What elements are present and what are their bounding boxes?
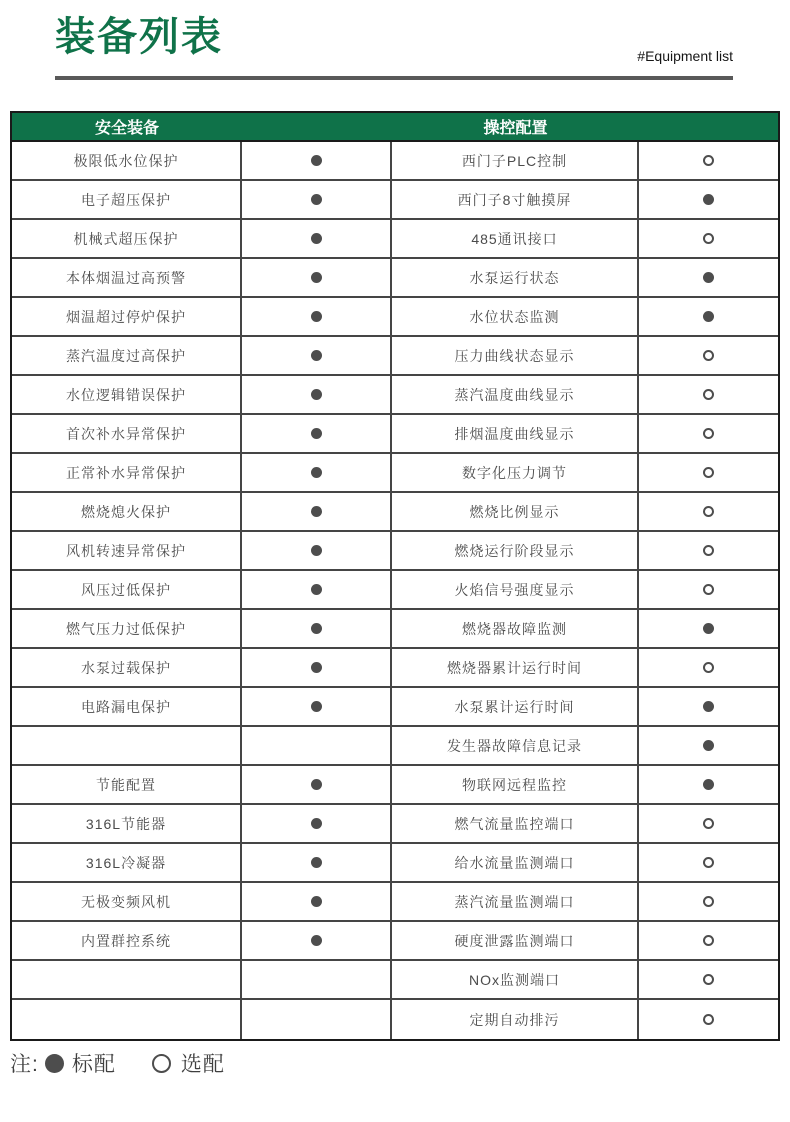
safety-item-marker	[242, 298, 392, 337]
control-item-marker	[639, 454, 778, 493]
control-item-marker	[639, 376, 778, 415]
safety-item-label: 电子超压保护	[12, 181, 242, 220]
safety-item-marker	[242, 1000, 392, 1039]
legend-prefix: 注:	[10, 1048, 39, 1078]
safety-item-marker	[242, 766, 392, 805]
header-spacer-1	[242, 113, 392, 140]
optional-hollow-dot-icon	[703, 350, 714, 361]
standard-filled-dot-icon	[311, 818, 322, 829]
table-row: 烟温超过停炉保护 水位状态监测	[12, 298, 778, 337]
table-row: 本体烟温过高预警 水泵运行状态	[12, 259, 778, 298]
table-row: 机械式超压保护 485通讯接口	[12, 220, 778, 259]
safety-item-marker	[242, 454, 392, 493]
table-row: 电子超压保护 西门子8寸触摸屏	[12, 181, 778, 220]
column-header-control: 操控配置	[392, 113, 639, 140]
control-item-marker	[639, 922, 778, 961]
optional-hollow-dot-icon	[703, 662, 714, 673]
safety-item-marker	[242, 259, 392, 298]
table-row: 316L冷凝器 给水流量监测端口	[12, 844, 778, 883]
control-item-marker	[639, 415, 778, 454]
table-row: 极限低水位保护 西门子PLC控制	[12, 142, 778, 181]
page-subtitle: #Equipment list	[637, 48, 733, 64]
safety-item-label: 316L冷凝器	[12, 844, 242, 883]
standard-filled-dot-icon	[311, 779, 322, 790]
standard-filled-dot-icon	[703, 623, 714, 634]
safety-item-marker	[242, 532, 392, 571]
safety-item-marker	[242, 844, 392, 883]
safety-item-label: 正常补水异常保护	[12, 454, 242, 493]
control-item-label: 水位状态监测	[392, 298, 639, 337]
control-item-label: 蒸汽温度曲线显示	[392, 376, 639, 415]
legend-optional-label: 选配	[181, 1048, 225, 1078]
control-item-label: 燃烧器累计运行时间	[392, 649, 639, 688]
control-item-label: 燃烧运行阶段显示	[392, 532, 639, 571]
control-item-marker	[639, 883, 778, 922]
safety-item-label	[12, 727, 242, 766]
safety-item-label: 水位逻辑错误保护	[12, 376, 242, 415]
legend-standard-label: 标配	[72, 1048, 116, 1078]
standard-filled-dot-icon	[703, 701, 714, 712]
safety-item-label	[12, 1000, 242, 1039]
table-row: 内置群控系统 硬度泄露监测端口	[12, 922, 778, 961]
safety-item-marker	[242, 337, 392, 376]
table-header-row: 安全装备 操控配置	[12, 113, 778, 142]
page-title: 装备列表	[55, 12, 223, 62]
table-row: NOx监测端口	[12, 961, 778, 1000]
table-row: 定期自动排污	[12, 1000, 778, 1039]
table-row: 风机转速异常保护 燃烧运行阶段显示	[12, 532, 778, 571]
safety-item-label: 烟温超过停炉保护	[12, 298, 242, 337]
standard-filled-dot-icon	[311, 896, 322, 907]
safety-item-label: 风机转速异常保护	[12, 532, 242, 571]
safety-item-label: 无极变频风机	[12, 883, 242, 922]
control-item-label: 西门子8寸触摸屏	[392, 181, 639, 220]
standard-filled-dot-icon	[703, 272, 714, 283]
optional-hollow-dot-icon	[703, 857, 714, 868]
safety-item-label: 极限低水位保护	[12, 142, 242, 181]
control-item-label: 水泵运行状态	[392, 259, 639, 298]
safety-item-marker	[242, 727, 392, 766]
optional-hollow-dot-icon	[703, 584, 714, 595]
standard-filled-dot-icon	[311, 155, 322, 166]
standard-filled-dot-icon	[703, 194, 714, 205]
standard-filled-dot-icon	[311, 311, 322, 322]
safety-item-marker	[242, 805, 392, 844]
page: 装备列表 #Equipment list 安全装备 操控配置 极限低水位保护 西…	[0, 0, 790, 1122]
control-item-label: 压力曲线状态显示	[392, 337, 639, 376]
standard-filled-dot-icon	[311, 857, 322, 868]
control-item-marker	[639, 259, 778, 298]
control-item-marker	[639, 766, 778, 805]
legend: 注: 标配 选配	[10, 1048, 225, 1078]
safety-item-marker	[242, 220, 392, 259]
safety-item-label: 电路漏电保护	[12, 688, 242, 727]
control-item-label: 给水流量监测端口	[392, 844, 639, 883]
standard-filled-dot-icon	[311, 233, 322, 244]
safety-item-label: 蒸汽温度过高保护	[12, 337, 242, 376]
control-item-marker	[639, 649, 778, 688]
control-item-marker	[639, 532, 778, 571]
standard-filled-dot-icon	[311, 272, 322, 283]
safety-item-label: 燃气压力过低保护	[12, 610, 242, 649]
table-row: 发生器故障信息记录	[12, 727, 778, 766]
table-row: 正常补水异常保护 数字化压力调节	[12, 454, 778, 493]
optional-hollow-dot-icon	[703, 389, 714, 400]
safety-item-label: 本体烟温过高预警	[12, 259, 242, 298]
safety-item-label: 首次补水异常保护	[12, 415, 242, 454]
header-spacer-2	[639, 113, 778, 140]
control-item-marker	[639, 142, 778, 181]
control-item-label: 定期自动排污	[392, 1000, 639, 1039]
control-item-label: 燃气流量监控端口	[392, 805, 639, 844]
control-item-label: 蒸汽流量监测端口	[392, 883, 639, 922]
safety-item-marker	[242, 649, 392, 688]
safety-item-marker	[242, 610, 392, 649]
control-item-marker	[639, 181, 778, 220]
safety-item-label: 内置群控系统	[12, 922, 242, 961]
safety-item-marker	[242, 688, 392, 727]
safety-item-marker	[242, 142, 392, 181]
control-item-label: 数字化压力调节	[392, 454, 639, 493]
safety-item-marker	[242, 571, 392, 610]
optional-hollow-dot-icon	[703, 545, 714, 556]
safety-item-marker	[242, 376, 392, 415]
control-item-marker	[639, 688, 778, 727]
standard-filled-dot-icon	[311, 584, 322, 595]
column-header-safety: 安全装备	[12, 113, 242, 140]
safety-item-label: 风压过低保护	[12, 571, 242, 610]
control-item-marker	[639, 610, 778, 649]
safety-item-label: 316L节能器	[12, 805, 242, 844]
safety-item-marker	[242, 415, 392, 454]
table-row: 无极变频风机 蒸汽流量监测端口	[12, 883, 778, 922]
optional-hollow-dot-icon	[703, 155, 714, 166]
table-row: 水泵过载保护 燃烧器累计运行时间	[12, 649, 778, 688]
standard-filled-dot-icon	[311, 662, 322, 673]
standard-filled-dot-icon	[311, 506, 322, 517]
control-item-marker	[639, 493, 778, 532]
safety-item-label: 燃烧熄火保护	[12, 493, 242, 532]
control-item-marker	[639, 1000, 778, 1039]
control-item-label: NOx监测端口	[392, 961, 639, 1000]
optional-hollow-dot-icon	[703, 233, 714, 244]
standard-filled-dot-icon	[311, 935, 322, 946]
standard-filled-dot-icon	[311, 194, 322, 205]
table-row: 节能配置 物联网远程监控	[12, 766, 778, 805]
table-row: 燃烧熄火保护 燃烧比例显示	[12, 493, 778, 532]
optional-hollow-dot-icon	[703, 935, 714, 946]
control-item-marker	[639, 298, 778, 337]
control-item-label: 485通讯接口	[392, 220, 639, 259]
standard-filled-dot-icon	[311, 389, 322, 400]
table-row: 水位逻辑错误保护 蒸汽温度曲线显示	[12, 376, 778, 415]
safety-item-label: 机械式超压保护	[12, 220, 242, 259]
table-body: 极限低水位保护 西门子PLC控制 电子超压保护 西门子8寸触摸屏 机械式超压保护…	[12, 142, 778, 1039]
standard-filled-dot-icon	[311, 623, 322, 634]
table-row: 电路漏电保护 水泵累计运行时间	[12, 688, 778, 727]
standard-filled-dot-icon	[311, 701, 322, 712]
safety-item-marker	[242, 181, 392, 220]
control-item-label: 排烟温度曲线显示	[392, 415, 639, 454]
control-item-label: 火焰信号强度显示	[392, 571, 639, 610]
control-item-label: 水泵累计运行时间	[392, 688, 639, 727]
control-item-label: 燃烧器故障监测	[392, 610, 639, 649]
control-item-marker	[639, 844, 778, 883]
control-item-label: 物联网远程监控	[392, 766, 639, 805]
control-item-label: 西门子PLC控制	[392, 142, 639, 181]
optional-hollow-dot-icon	[152, 1054, 171, 1073]
table-row: 316L节能器 燃气流量监控端口	[12, 805, 778, 844]
optional-hollow-dot-icon	[703, 1014, 714, 1025]
optional-hollow-dot-icon	[703, 428, 714, 439]
control-item-label: 硬度泄露监测端口	[392, 922, 639, 961]
table-row: 燃气压力过低保护 燃烧器故障监测	[12, 610, 778, 649]
standard-filled-dot-icon	[311, 428, 322, 439]
control-item-marker	[639, 805, 778, 844]
table-row: 蒸汽温度过高保护 压力曲线状态显示	[12, 337, 778, 376]
standard-filled-dot-icon	[45, 1054, 64, 1073]
safety-item-marker	[242, 961, 392, 1000]
safety-item-label: 水泵过载保护	[12, 649, 242, 688]
table-row: 风压过低保护 火焰信号强度显示	[12, 571, 778, 610]
standard-filled-dot-icon	[311, 467, 322, 478]
optional-hollow-dot-icon	[703, 896, 714, 907]
safety-item-label	[12, 961, 242, 1000]
control-item-marker	[639, 337, 778, 376]
optional-hollow-dot-icon	[703, 974, 714, 985]
equipment-table: 安全装备 操控配置 极限低水位保护 西门子PLC控制 电子超压保护 西门子8寸触…	[10, 111, 780, 1041]
control-item-marker	[639, 727, 778, 766]
standard-filled-dot-icon	[703, 779, 714, 790]
control-item-marker	[639, 961, 778, 1000]
table-row: 首次补水异常保护 排烟温度曲线显示	[12, 415, 778, 454]
control-item-marker	[639, 220, 778, 259]
control-item-marker	[639, 571, 778, 610]
standard-filled-dot-icon	[703, 740, 714, 751]
safety-item-marker	[242, 883, 392, 922]
optional-hollow-dot-icon	[703, 467, 714, 478]
standard-filled-dot-icon	[703, 311, 714, 322]
control-item-label: 燃烧比例显示	[392, 493, 639, 532]
standard-filled-dot-icon	[311, 545, 322, 556]
safety-item-label: 节能配置	[12, 766, 242, 805]
optional-hollow-dot-icon	[703, 506, 714, 517]
optional-hollow-dot-icon	[703, 818, 714, 829]
control-item-label: 发生器故障信息记录	[392, 727, 639, 766]
safety-item-marker	[242, 493, 392, 532]
title-underline	[55, 76, 733, 80]
standard-filled-dot-icon	[311, 350, 322, 361]
safety-item-marker	[242, 922, 392, 961]
